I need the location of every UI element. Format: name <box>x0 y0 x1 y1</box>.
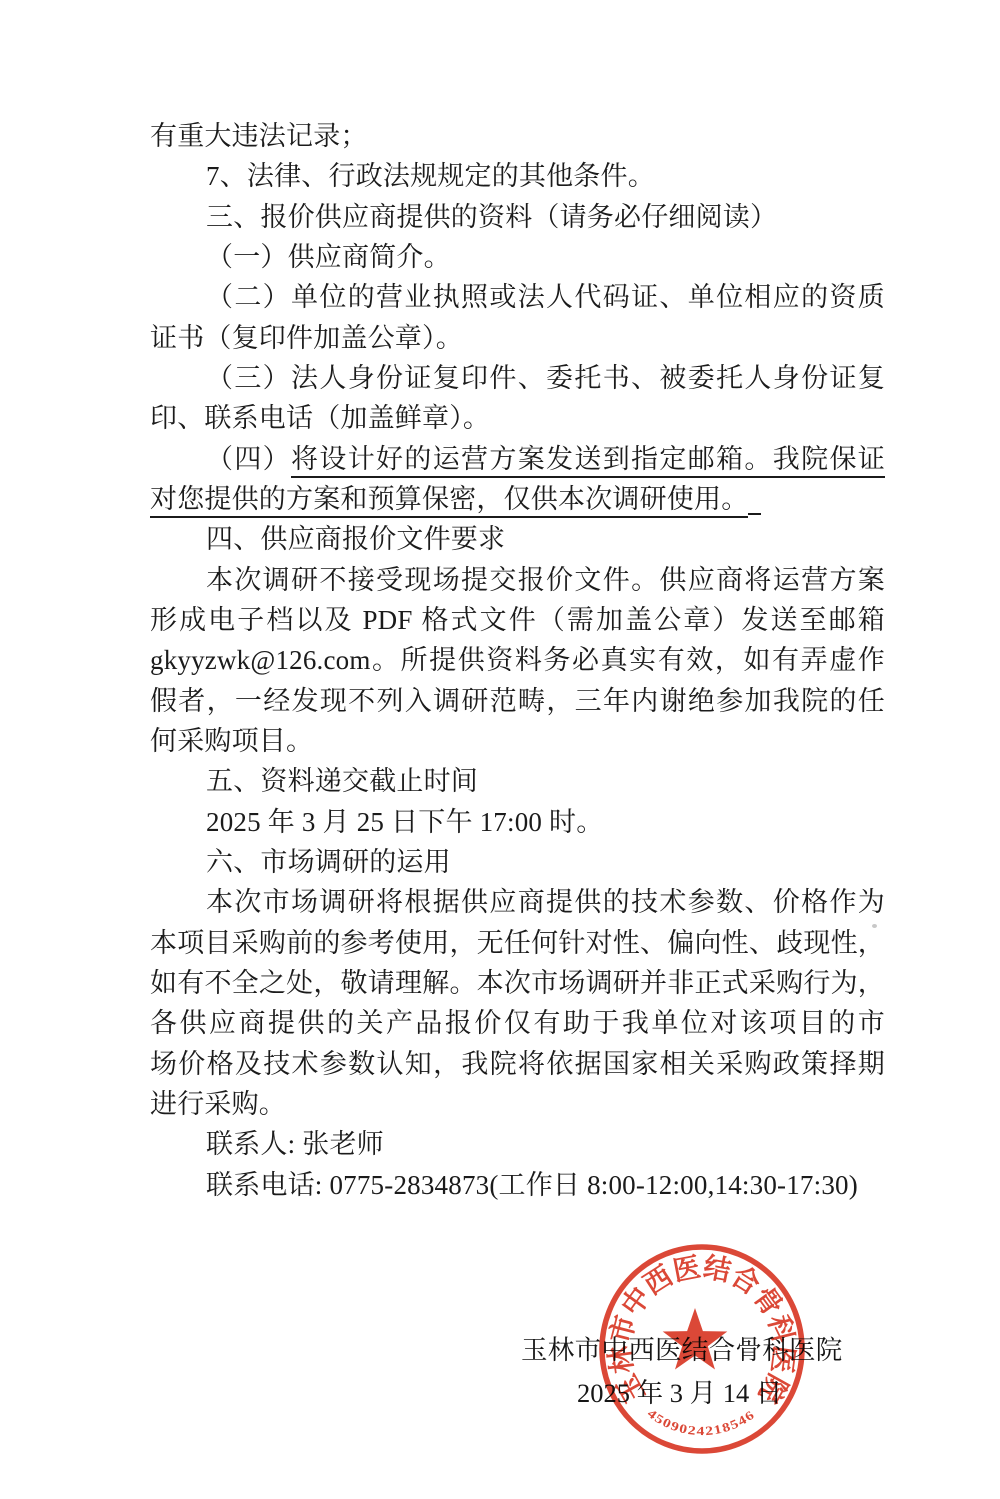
text-run: 各供应商提供的关产品报价仅有助于我单位对该项目的市 <box>150 1008 885 1038</box>
text-run: 联系人: 张老师 <box>206 1129 384 1159</box>
document-line: 印、联系电话（加盖鲜章）。 <box>150 398 885 438</box>
text-run: 2025 年 3 月 25 日下午 17:00 时。 <box>206 807 603 837</box>
text-run: 印、联系电话（加盖鲜章）。 <box>150 403 490 433</box>
official-seal: 玉林市中西医结合骨科医院 4509024218546 <box>595 1240 811 1456</box>
text-run: 进行采购。 <box>150 1089 286 1119</box>
document-line: 本项目采购前的参考使用，无任何针对性、偏向性、歧现性， <box>150 923 885 963</box>
document-body: 有重大违法记录；7、法律、行政法规规定的其他条件。三、报价供应商提供的资料（请务… <box>150 116 885 1205</box>
document-line: gkyyzwk@126.com。所提供资料务必真实有效，如有弄虚作 <box>150 640 885 680</box>
document-line: 何采购项目。 <box>150 721 885 761</box>
underlined-text: 对您提供的方案和预算保密，仅供本次调研使用。 <box>150 484 748 518</box>
text-run: 有重大违法记录； <box>150 121 368 151</box>
text-run: 三、报价供应商提供的资料（请务必仔细阅读） <box>206 202 777 232</box>
scanned-document-page: 有重大违法记录；7、法律、行政法规规定的其他条件。三、报价供应商提供的资料（请务… <box>0 0 1000 1499</box>
text-run: 证书（复印件加盖公章）。 <box>150 323 463 353</box>
text-run: 联系电话: 0775-2834873(工作日 8:00-12:00,14:30-… <box>206 1170 858 1200</box>
underlined-text <box>748 484 761 515</box>
document-line: 有重大违法记录； <box>150 116 885 156</box>
document-line: 联系人: 张老师 <box>150 1124 885 1164</box>
text-run: （二）单位的营业执照或法人代码证、单位相应的资质 <box>206 282 885 312</box>
text-run: 本次调研不接受现场提交报价文件。供应商将运营方案 <box>206 565 885 595</box>
document-line: 本次市场调研将根据供应商提供的技术参数、价格作为 <box>150 882 885 922</box>
text-run: 本项目采购前的参考使用，无任何针对性、偏向性、歧现性， <box>150 928 885 958</box>
text-run: 假者，一经发现不列入调研范畴，三年内谢绝参加我院的任 <box>150 686 885 716</box>
text-run: 7、法律、行政法规规定的其他条件。 <box>206 161 655 191</box>
text-run: 何采购项目。 <box>150 726 313 756</box>
text-run: 四、供应商报价文件要求 <box>206 524 505 554</box>
text-run: （一）供应商简介。 <box>206 242 451 272</box>
document-line: （四）将设计好的运营方案发送到指定邮箱。我院保证 <box>150 439 885 479</box>
text-run: （四） <box>206 444 291 474</box>
document-line: 联系电话: 0775-2834873(工作日 8:00-12:00,14:30-… <box>150 1165 885 1205</box>
underlined-text: 将设计好的运营方案发送到指定邮箱。我院保证 <box>291 444 885 478</box>
star-icon <box>663 1308 728 1370</box>
text-run: 本次市场调研将根据供应商提供的技术参数、价格作为 <box>206 887 885 917</box>
text-run: gkyyzwk@126.com。所提供资料务必真实有效，如有弄虚作 <box>150 645 885 675</box>
document-line: 四、供应商报价文件要求 <box>150 519 885 559</box>
text-run: （三）法人身份证复印件、委托书、被委托人身份证复 <box>206 363 885 393</box>
text-run: 如有不全之处，敬请理解。本次市场调研并非正式采购行为， <box>150 968 885 998</box>
document-line: 六、市场调研的运用 <box>150 842 885 882</box>
seal-serial-number: 4509024218546 <box>645 1406 758 1438</box>
document-line: 假者，一经发现不列入调研范畴，三年内谢绝参加我院的任 <box>150 681 885 721</box>
document-line: 7、法律、行政法规规定的其他条件。 <box>150 156 885 196</box>
document-line: 2025 年 3 月 25 日下午 17:00 时。 <box>150 802 885 842</box>
document-line: 三、报价供应商提供的资料（请务必仔细阅读） <box>150 197 885 237</box>
seal-serial-container: 4509024218546 <box>645 1406 758 1438</box>
document-line: 对您提供的方案和预算保密，仅供本次调研使用。 <box>150 479 885 519</box>
scan-artifact <box>872 924 877 928</box>
text-run: 五、资料递交截止时间 <box>206 766 478 796</box>
document-line: 进行采购。 <box>150 1084 885 1124</box>
document-line: 如有不全之处，敬请理解。本次市场调研并非正式采购行为， <box>150 963 885 1003</box>
document-line: 场价格及技术参数认知，我院将依据国家相关采购政策择期 <box>150 1044 885 1084</box>
text-run: 场价格及技术参数认知，我院将依据国家相关采购政策择期 <box>150 1049 885 1079</box>
document-line: 证书（复印件加盖公章）。 <box>150 318 885 358</box>
document-line: 形成电子档以及 PDF 格式文件（需加盖公章）发送至邮箱 <box>150 600 885 640</box>
document-line: （二）单位的营业执照或法人代码证、单位相应的资质 <box>150 277 885 317</box>
document-line: （一）供应商简介。 <box>150 237 885 277</box>
text-run: 六、市场调研的运用 <box>206 847 451 877</box>
text-run: 形成电子档以及 PDF 格式文件（需加盖公章）发送至邮箱 <box>150 605 885 635</box>
document-line: （三）法人身份证复印件、委托书、被委托人身份证复 <box>150 358 885 398</box>
document-line: 本次调研不接受现场提交报价文件。供应商将运营方案 <box>150 560 885 600</box>
document-line: 五、资料递交截止时间 <box>150 761 885 801</box>
document-line: 各供应商提供的关产品报价仅有助于我单位对该项目的市 <box>150 1003 885 1043</box>
